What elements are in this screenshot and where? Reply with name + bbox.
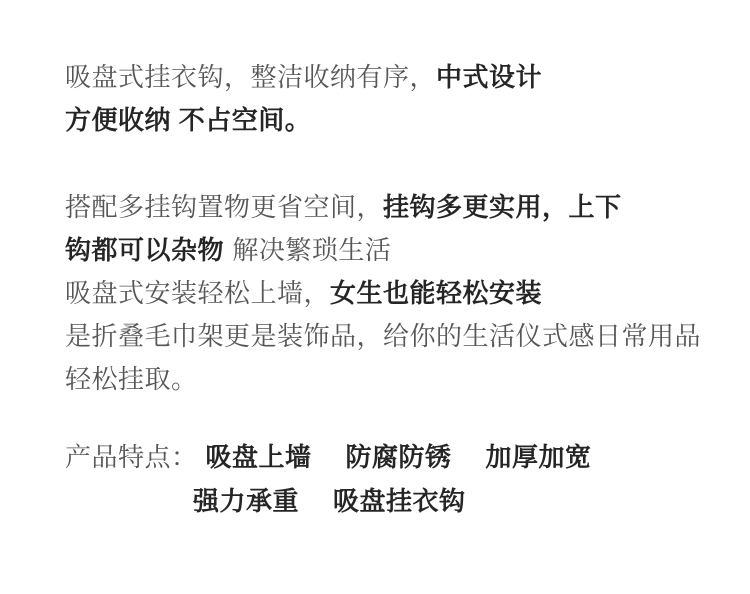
text-segment: 吸盘式挂衣钩，整洁收纳有序， <box>65 62 436 92</box>
feature-item: 吸盘挂衣钩 <box>333 479 466 523</box>
features-row-1: 产品特点： 吸盘上墙 防腐防锈 加厚加宽 <box>65 435 710 479</box>
text-segment-bold: 女生也能轻松安装 <box>330 278 542 308</box>
text-line: 轻松挂取。 <box>65 358 710 401</box>
text-segment: 吸盘式安装轻松上墙， <box>65 278 330 308</box>
text-line: 钩都可以杂物解决繁琐生活 <box>65 229 710 272</box>
text-segment: 解决繁琐生活 <box>232 235 391 265</box>
text-line: 是折叠毛巾架更是装饰品，给你的生活仪式感日常用品 <box>65 315 710 358</box>
text-segment: 搭配多挂钩置物更省空间， <box>65 192 383 222</box>
feature-item: 防腐防锈 <box>346 435 452 479</box>
intro-paragraph: 吸盘式挂衣钩，整洁收纳有序，中式设计 方便收纳 不占空间。 <box>65 56 710 142</box>
body-paragraph: 搭配多挂钩置物更省空间，挂钩多更实用，上下 钩都可以杂物解决繁琐生活 吸盘式安装… <box>65 186 710 401</box>
text-line: 方便收纳 不占空间。 <box>65 99 710 142</box>
text-segment-bold: 钩都可以杂物 <box>65 235 224 265</box>
text-segment: 轻松挂取。 <box>65 364 198 394</box>
text-segment-bold: 方便收纳 不占空间。 <box>65 105 311 135</box>
text-segment: 是折叠毛巾架更是装饰品，给你的生活仪式感日常用品 <box>65 321 701 351</box>
text-line: 吸盘式挂衣钩，整洁收纳有序，中式设计 <box>65 56 710 99</box>
text-line: 搭配多挂钩置物更省空间，挂钩多更实用，上下 <box>65 186 710 229</box>
feature-item: 加厚加宽 <box>486 435 592 479</box>
product-description-page: 吸盘式挂衣钩，整洁收纳有序，中式设计 方便收纳 不占空间。 搭配多挂钩置物更省空… <box>0 0 750 594</box>
features-row-2: 强力承重 吸盘挂衣钩 <box>65 479 710 523</box>
features-label: 产品特点： <box>65 435 198 479</box>
text-segment-bold: 中式设计 <box>436 62 542 92</box>
text-line: 吸盘式安装轻松上墙，女生也能轻松安装 <box>65 272 710 315</box>
features-section: 产品特点： 吸盘上墙 防腐防锈 加厚加宽 强力承重 吸盘挂衣钩 <box>65 435 710 523</box>
feature-item: 强力承重 <box>193 479 299 523</box>
feature-item: 吸盘上墙 <box>206 435 312 479</box>
text-segment-bold: 挂钩多更实用，上下 <box>383 192 622 222</box>
